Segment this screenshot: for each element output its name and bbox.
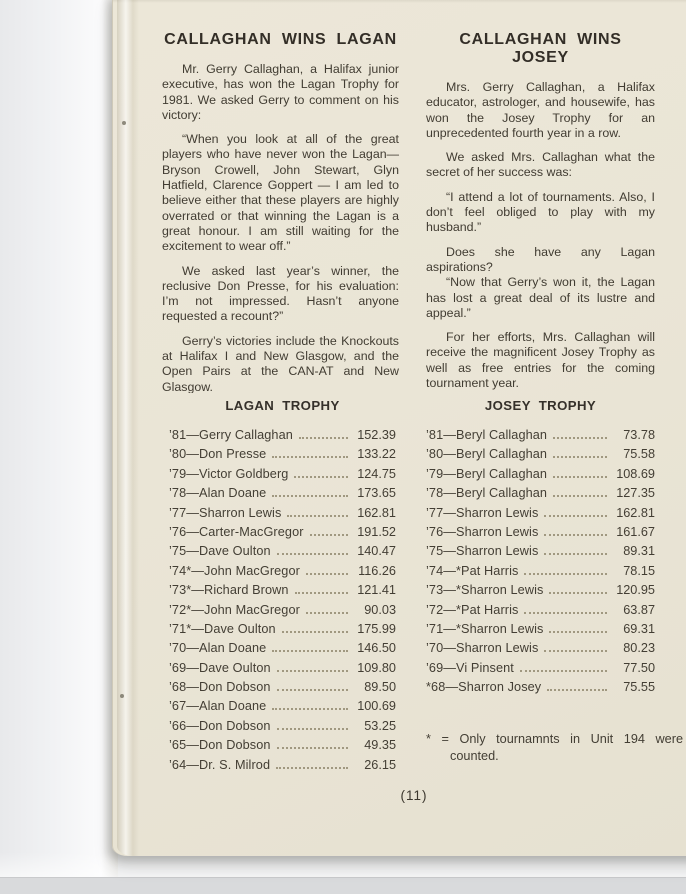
dotted-leader	[276, 767, 348, 769]
article-paragraph: For her efforts, Mrs. Callaghan will rec…	[426, 330, 655, 391]
dotted-leader	[544, 553, 607, 555]
trophy-row-label: ’73—*Sharron Lewis	[426, 583, 543, 597]
trophy-row: ’71*—Dave Oulton 175.99	[169, 622, 396, 641]
trophy-row-label: ’80—Don Presse	[169, 447, 266, 461]
dotted-leader	[553, 437, 607, 439]
article-paragraph: “I attend a lot of tournaments. Also, I …	[426, 190, 655, 236]
trophy-row-label: ’77—Sharron Lewis	[426, 506, 538, 520]
trophy-row-label: ’80—Beryl Callaghan	[426, 447, 547, 461]
trophy-row-label: ’78—Beryl Callaghan	[426, 486, 547, 500]
trophy-table-lagan-title: LAGAN TROPHY	[169, 398, 396, 413]
dotted-leader	[306, 612, 348, 614]
dotted-leader	[272, 650, 348, 652]
trophy-row-score: 173.65	[352, 486, 396, 500]
trophy-row: ’72—*Pat Harris 63.87	[426, 603, 655, 622]
trophy-row-score: 90.03	[352, 603, 396, 617]
dotted-leader	[295, 592, 348, 594]
dotted-leader	[287, 515, 348, 517]
scanned-bulletin-page: CALLAGHAN WINS LAGAN Mr. Gerry Callaghan…	[0, 0, 686, 894]
dotted-leader	[310, 534, 348, 536]
trophy-table-josey-rows: ’81—Beryl Callaghan 73.78 ’80—Beryl Call…	[426, 428, 655, 699]
trophy-row-score: 121.41	[352, 583, 396, 597]
trophy-row-score: 89.31	[611, 544, 655, 558]
trophy-row: ’81—Beryl Callaghan 73.78	[426, 428, 655, 447]
dotted-leader	[549, 631, 607, 633]
dotted-leader	[277, 670, 348, 672]
article-paragraph: Does she have any Lagan aspirations?	[426, 245, 655, 276]
paper-page: CALLAGHAN WINS LAGAN Mr. Gerry Callaghan…	[112, 0, 686, 856]
dotted-leader	[544, 515, 607, 517]
page-number: (11)	[169, 788, 659, 803]
dotted-leader	[277, 728, 348, 730]
dotted-leader	[272, 456, 348, 458]
dotted-leader	[524, 573, 607, 575]
dotted-leader	[306, 573, 348, 575]
trophy-row: ’73*—Richard Brown 121.41	[169, 583, 396, 602]
trophy-row-score: 120.95	[611, 583, 655, 597]
article-paragraph: Gerry’s victories include the Knockouts …	[162, 334, 399, 393]
article-title-lagan: CALLAGHAN WINS LAGAN	[162, 31, 399, 49]
trophy-row-label: ’74—*Pat Harris	[426, 564, 518, 578]
trophy-table-josey-title: JOSEY TROPHY	[426, 398, 655, 413]
trophy-row: ’69—Dave Oulton 109.80	[169, 661, 396, 680]
trophy-row: ’65—Don Dobson 49.35	[169, 738, 396, 757]
trophy-row: ’75—Dave Oulton 140.47	[169, 544, 396, 563]
trophy-row-score: 63.87	[611, 603, 655, 617]
trophy-row-score: 191.52	[352, 525, 396, 539]
trophy-row: ’76—Sharron Lewis 161.67	[426, 525, 655, 544]
trophy-row-score: 162.81	[611, 506, 655, 520]
trophy-row-label: ’69—Dave Oulton	[169, 661, 271, 675]
trophy-row: *68—Sharron Josey 75.55	[426, 680, 655, 699]
trophy-row-score: 152.39	[352, 428, 396, 442]
dotted-leader	[277, 747, 348, 749]
dotted-leader	[544, 650, 607, 652]
dotted-leader	[277, 553, 348, 555]
trophy-row: ’71—*Sharron Lewis 69.31	[426, 622, 655, 641]
dotted-leader	[282, 631, 348, 633]
trophy-row-score: 146.50	[352, 641, 396, 655]
trophy-row: ’70—Alan Doane 146.50	[169, 641, 396, 660]
trophy-row-label: ’77—Sharron Lewis	[169, 506, 281, 520]
trophy-table-lagan: LAGAN TROPHY ’81—Gerry Callaghan 152.39 …	[169, 398, 396, 777]
dotted-leader	[547, 689, 607, 691]
trophy-row-label: ’76—Sharron Lewis	[426, 525, 538, 539]
trophy-table-lagan-rows: ’81—Gerry Callaghan 152.39 ’80—Don Press…	[169, 428, 396, 777]
dotted-leader	[277, 689, 348, 691]
trophy-row: ’72*—John MacGregor 90.03	[169, 603, 396, 622]
trophy-row-score: 53.25	[352, 719, 396, 733]
trophy-row-label: ’75—Dave Oulton	[169, 544, 271, 558]
trophy-row: ’73—*Sharron Lewis 120.95	[426, 583, 655, 602]
article-paragraph: “When you look at all of the great playe…	[162, 132, 399, 254]
trophy-row-label: ’72—*Pat Harris	[426, 603, 518, 617]
article-paragraph: Mrs. Gerry Callaghan, a Halifax educator…	[426, 80, 655, 141]
article-columns: CALLAGHAN WINS LAGAN Mr. Gerry Callaghan…	[162, 31, 672, 393]
trophy-row-label: ’78—Alan Doane	[169, 486, 266, 500]
scan-table-edge	[0, 877, 686, 894]
trophy-row-score: 77.50	[611, 661, 655, 675]
trophy-row-score: 109.80	[352, 661, 396, 675]
trophy-row-score: 78.15	[611, 564, 655, 578]
trophy-row-label: ’65—Don Dobson	[169, 738, 271, 752]
trophy-row: ’81—Gerry Callaghan 152.39	[169, 428, 396, 447]
trophy-row: ’79—Victor Goldberg 124.75	[169, 467, 396, 486]
trophy-row-label: ’74*—John MacGregor	[169, 564, 300, 578]
trophy-row-label: ’70—Sharron Lewis	[426, 641, 538, 655]
trophy-row-label: ’69—Vi Pinsent	[426, 661, 514, 675]
trophy-row-score: 140.47	[352, 544, 396, 558]
trophy-row-label: ’71—*Sharron Lewis	[426, 622, 543, 636]
trophy-row: ’68—Don Dobson 89.50	[169, 680, 396, 699]
trophy-row: ’70—Sharron Lewis 80.23	[426, 641, 655, 660]
trophy-row: ’76—Carter-MacGregor 191.52	[169, 525, 396, 544]
trophy-row: ’64—Dr. S. Milrod 26.15	[169, 758, 396, 777]
dotted-leader	[299, 437, 348, 439]
trophy-row-score: 116.26	[352, 564, 396, 578]
trophy-row-label: *68—Sharron Josey	[426, 680, 541, 694]
article-lagan: CALLAGHAN WINS LAGAN Mr. Gerry Callaghan…	[162, 31, 399, 393]
trophy-row-score: 100.69	[352, 699, 396, 713]
scan-background-surface	[0, 0, 118, 894]
trophy-row-label: ’72*—John MacGregor	[169, 603, 300, 617]
trophy-row-label: ’81—Beryl Callaghan	[426, 428, 547, 442]
dotted-leader	[272, 708, 348, 710]
trophy-row: ’77—Sharron Lewis 162.81	[426, 506, 655, 525]
trophy-row-label: ’73*—Richard Brown	[169, 583, 289, 597]
trophy-row-label: ’66—Don Dobson	[169, 719, 271, 733]
trophy-row-label: ’81—Gerry Callaghan	[169, 428, 293, 442]
asterisk-footnote: * = Only tournamnts in Unit 194 were cou…	[426, 731, 683, 764]
dotted-leader	[272, 495, 348, 497]
trophy-row-score: 73.78	[611, 428, 655, 442]
trophy-row-label: ’71*—Dave Oulton	[169, 622, 276, 636]
dotted-leader	[294, 476, 348, 478]
dotted-leader	[520, 670, 607, 672]
trophy-row-score: 75.55	[611, 680, 655, 694]
trophy-row-label: ’70—Alan Doane	[169, 641, 266, 655]
trophy-row-score: 80.23	[611, 641, 655, 655]
trophy-row: ’78—Alan Doane 173.65	[169, 486, 396, 505]
trophy-row: ’79—Beryl Callaghan 108.69	[426, 467, 655, 486]
trophy-row: ’78—Beryl Callaghan 127.35	[426, 486, 655, 505]
trophy-row-label: ’75—Sharron Lewis	[426, 544, 538, 558]
trophy-row-score: 26.15	[352, 758, 396, 772]
trophy-row-score: 127.35	[611, 486, 655, 500]
trophy-table-josey: JOSEY TROPHY ’81—Beryl Callaghan 73.78 ’…	[426, 398, 655, 699]
trophy-row-score: 69.31	[611, 622, 655, 636]
trophy-row-score: 108.69	[611, 467, 655, 481]
trophy-row: ’66—Don Dobson 53.25	[169, 719, 396, 738]
trophy-row-label: ’76—Carter-MacGregor	[169, 525, 304, 539]
trophy-row-label: ’79—Victor Goldberg	[169, 467, 288, 481]
trophy-row-label: ’67—Alan Doane	[169, 699, 266, 713]
page-content: CALLAGHAN WINS LAGAN Mr. Gerry Callaghan…	[113, 0, 686, 856]
trophy-row-label: ’68—Don Dobson	[169, 680, 271, 694]
trophy-row-score: 89.50	[352, 680, 396, 694]
trophy-row: ’80—Beryl Callaghan 75.58	[426, 447, 655, 466]
article-josey: CALLAGHAN WINS JOSEY Mrs. Gerry Callagha…	[426, 31, 655, 393]
trophy-row: ’74—*Pat Harris 78.15	[426, 564, 655, 583]
article-lagan-body: Mr. Gerry Callaghan, a Halifax junior ex…	[162, 62, 399, 393]
article-paragraph: We asked last year’s winner, the reclusi…	[162, 264, 399, 325]
article-paragraph: We asked Mrs. Callaghan what the secret …	[426, 150, 655, 181]
trophy-row-score: 124.75	[352, 467, 396, 481]
dotted-leader	[544, 534, 607, 536]
trophy-row-score: 133.22	[352, 447, 396, 461]
dotted-leader	[549, 592, 607, 594]
trophy-row: ’75—Sharron Lewis 89.31	[426, 544, 655, 563]
trophy-row: ’74*—John MacGregor 116.26	[169, 564, 396, 583]
trophy-row: ’69—Vi Pinsent 77.50	[426, 661, 655, 680]
trophy-row-score: 162.81	[352, 506, 396, 520]
trophy-row-score: 75.58	[611, 447, 655, 461]
dotted-leader	[553, 495, 607, 497]
dotted-leader	[553, 476, 607, 478]
trophy-row-score: 175.99	[352, 622, 396, 636]
article-paragraph: Mr. Gerry Callaghan, a Halifax junior ex…	[162, 62, 399, 123]
dotted-leader	[524, 612, 607, 614]
dotted-leader	[553, 456, 607, 458]
trophy-row: ’80—Don Presse 133.22	[169, 447, 396, 466]
trophy-row: ’77—Sharron Lewis 162.81	[169, 506, 396, 525]
trophy-row-score: 161.67	[611, 525, 655, 539]
trophy-row-label: ’64—Dr. S. Milrod	[169, 758, 270, 772]
trophy-row-label: ’79—Beryl Callaghan	[426, 467, 547, 481]
article-title-josey: CALLAGHAN WINS JOSEY	[426, 31, 655, 67]
trophy-row: ’67—Alan Doane 100.69	[169, 699, 396, 718]
article-josey-body: Mrs. Gerry Callaghan, a Halifax educator…	[426, 80, 655, 391]
article-paragraph: “Now that Gerry’s won it, the Lagan has …	[426, 275, 655, 321]
trophy-row-score: 49.35	[352, 738, 396, 752]
